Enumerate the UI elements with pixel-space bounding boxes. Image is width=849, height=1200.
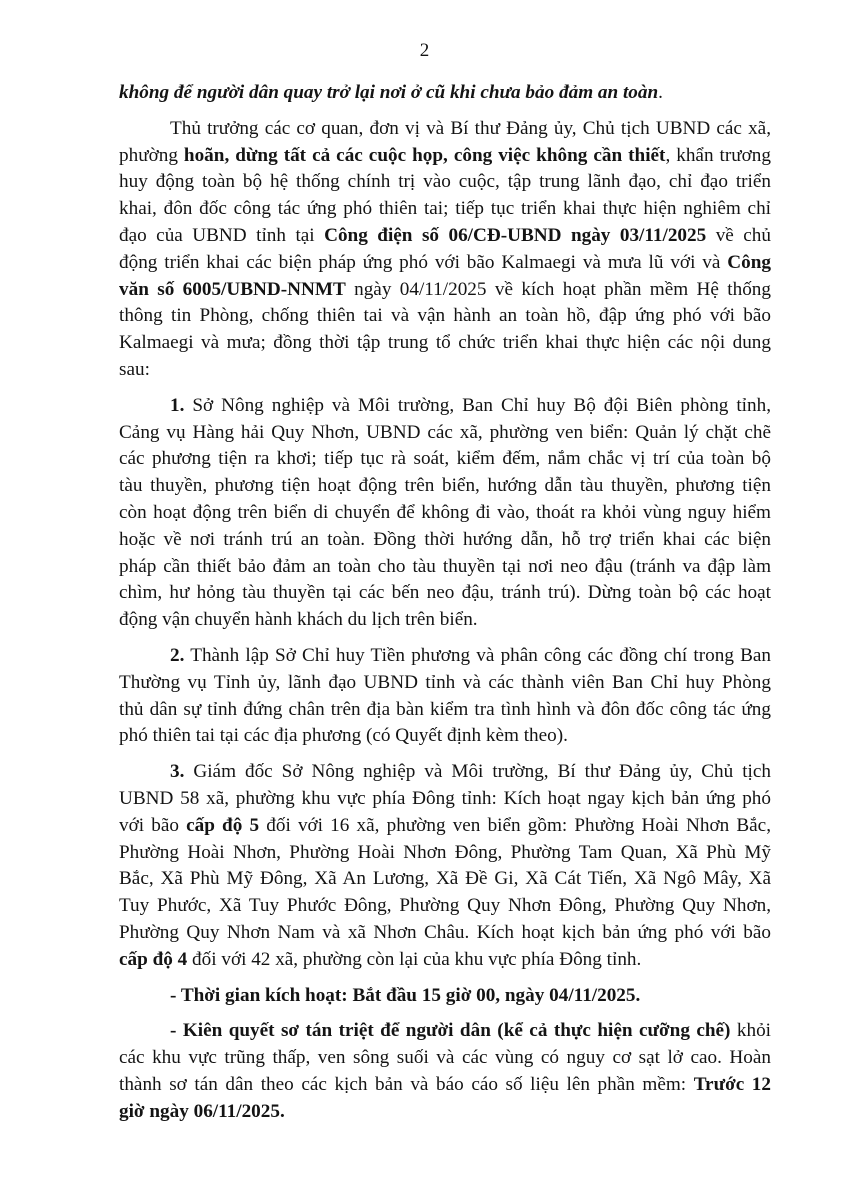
text: ngày 04/11/2025 về kích hoạt phần mềm Hệ… — [346, 279, 771, 300]
text-line: động vận chuyển hành khách du lịch trên … — [119, 607, 771, 634]
bold-text: văn số 6005/UBND-NNMT — [119, 279, 346, 300]
text-line: đạo của UBND tỉnh tại Công điện số 06/CĐ… — [119, 223, 771, 250]
text-line: các phương tiện ra khơi; tiếp tục rà soá… — [119, 446, 771, 473]
text-line: khai, đôn đốc công tác ứng phó thiên tai… — [119, 196, 771, 223]
text: khỏi — [730, 1020, 771, 1041]
text: đối với 42 xã, phường còn lại của khu vự… — [187, 949, 641, 970]
text: Sở Nông nghiệp và Môi trường, Ban Chỉ hu… — [184, 395, 771, 416]
text-line: Cảng vụ Hàng hải Quy Nhơn, UBND các xã, … — [119, 420, 771, 447]
bold-text: cấp độ 4 — [119, 949, 187, 970]
item-number: 1. — [170, 395, 184, 416]
text: đối với 16 xã, phường ven biển gồm: Phườ… — [259, 815, 771, 836]
text: với bão — [119, 815, 186, 836]
text-line: Thường vụ Tỉnh ủy, lãnh đạo UBND tỉnh và… — [119, 670, 771, 697]
text-line: thành sơ tán dân theo các kịch bản và bá… — [119, 1072, 771, 1099]
text: đạo của UBND tỉnh tại — [119, 225, 324, 246]
text-line: hoặc về nơi tránh trú an toàn. Đồng thời… — [119, 527, 771, 554]
bold-text: Trước 12 — [694, 1074, 771, 1095]
text-line: 3. Giám đốc Sở Nông nghiệp và Môi trường… — [119, 759, 771, 786]
paragraph-activation-time: - Thời gian kích hoạt: Bắt đầu 15 giờ 00… — [119, 983, 771, 1010]
text: thành sơ tán dân theo các kịch bản và bá… — [119, 1074, 694, 1095]
text-line: Phường Hoài Nhơn, Phường Hoài Nhơn Đông,… — [119, 840, 771, 867]
bold-text: Công — [727, 252, 771, 273]
text-line: Phường Quy Nhơn Nam và xã Nhơn Châu. Kíc… — [119, 920, 771, 947]
text-line: còn hoạt động trên biển di chuyển để khô… — [119, 500, 771, 527]
text: về chủ — [706, 225, 771, 246]
text-line: với bão cấp độ 5 đối với 16 xã, phường v… — [119, 813, 771, 840]
text: Thành lập Sở Chỉ huy Tiền phương và phân… — [184, 645, 771, 666]
text: , khẩn trương — [665, 145, 771, 166]
paragraph-continuation: không để người dân quay trở lại nơi ở cũ… — [119, 80, 771, 107]
text-line: sau: — [119, 357, 771, 384]
page-number: 2 — [0, 40, 849, 62]
text-line: thông tin Phòng, chống thiên tai và vận … — [119, 303, 771, 330]
text-line: phó thiên tai tại các địa phương (có Quy… — [119, 723, 771, 750]
text-line: thủ dân sự tỉnh đứng chân trên địa bàn k… — [119, 697, 771, 724]
text-line: Bắc, Xã Phù Mỹ Đông, Xã An Lương, Xã Đề … — [119, 866, 771, 893]
text-line: không để người dân quay trở lại nơi ở cũ… — [119, 80, 771, 107]
item-number: 3. — [170, 761, 184, 782]
text-line: - Thời gian kích hoạt: Bắt đầu 15 giờ 00… — [119, 983, 771, 1010]
text: phường — [119, 145, 184, 166]
text-line: UBND 58 xã, phường khu vực phía Đông tỉn… — [119, 786, 771, 813]
bold-italic-text: không để người dân quay trở lại nơi ở cũ… — [119, 82, 658, 103]
text-line: động triển khai các biện pháp ứng phó vớ… — [119, 250, 771, 277]
text: . — [658, 82, 663, 103]
paragraph-item-3: 3. Giám đốc Sở Nông nghiệp và Môi trường… — [119, 759, 771, 973]
text-line: 2. Thành lập Sở Chỉ huy Tiền phương và p… — [119, 643, 771, 670]
bold-text: - Kiên quyết sơ tán triệt để người dân (… — [170, 1020, 730, 1041]
text-line: các khu vực trũng thấp, ven sông suối và… — [119, 1045, 771, 1072]
item-number: 2. — [170, 645, 184, 666]
text-line: Tuy Phước, Xã Tuy Phước Đông, Phường Quy… — [119, 893, 771, 920]
text-line: tàu thuyền, phương tiện hoạt động trên b… — [119, 473, 771, 500]
bold-text: cấp độ 5 — [186, 815, 259, 836]
text-line: cấp độ 4 đối với 42 xã, phường còn lại c… — [119, 947, 771, 974]
text-line: 1. Sở Nông nghiệp và Môi trường, Ban Chỉ… — [119, 393, 771, 420]
text-line: Thủ trưởng các cơ quan, đơn vị và Bí thư… — [119, 116, 771, 143]
paragraph-item-2: 2. Thành lập Sở Chỉ huy Tiền phương và p… — [119, 643, 771, 750]
text-line: pháp cần thiết bảo đảm an toàn cho tàu t… — [119, 554, 771, 581]
bold-text: - Thời gian kích hoạt: Bắt đầu 15 giờ 00… — [170, 985, 640, 1006]
paragraph-item-1: 1. Sở Nông nghiệp và Môi trường, Ban Chỉ… — [119, 393, 771, 634]
text-line: - Kiên quyết sơ tán triệt để người dân (… — [119, 1018, 771, 1045]
paragraph-intro: Thủ trưởng các cơ quan, đơn vị và Bí thư… — [119, 116, 771, 384]
bold-text: giờ ngày 06/11/2025. — [119, 1101, 285, 1122]
bold-text: Công điện số 06/CĐ-UBND ngày 03/11/2025 — [324, 225, 706, 246]
paragraph-evacuation: - Kiên quyết sơ tán triệt để người dân (… — [119, 1018, 771, 1125]
bold-text: hoãn, dừng tất cả các cuộc họp, công việ… — [184, 145, 666, 166]
text-line: huy động toàn bộ hệ thống chính trị vào … — [119, 169, 771, 196]
text-line: Kalmaegi và mưa; đồng thời tập trung tổ … — [119, 330, 771, 357]
text: động triển khai các biện pháp ứng phó vớ… — [119, 252, 727, 273]
text: Giám đốc Sở Nông nghiệp và Môi trường, B… — [184, 761, 771, 782]
text-line: chìm, hư hỏng tàu thuyền tại các bến neo… — [119, 580, 771, 607]
text-line: phường hoãn, dừng tất cả các cuộc họp, c… — [119, 143, 771, 170]
document-body: không để người dân quay trở lại nơi ở cũ… — [119, 80, 771, 1125]
text-line: giờ ngày 06/11/2025. — [119, 1099, 771, 1126]
text-line: văn số 6005/UBND-NNMT ngày 04/11/2025 về… — [119, 277, 771, 304]
